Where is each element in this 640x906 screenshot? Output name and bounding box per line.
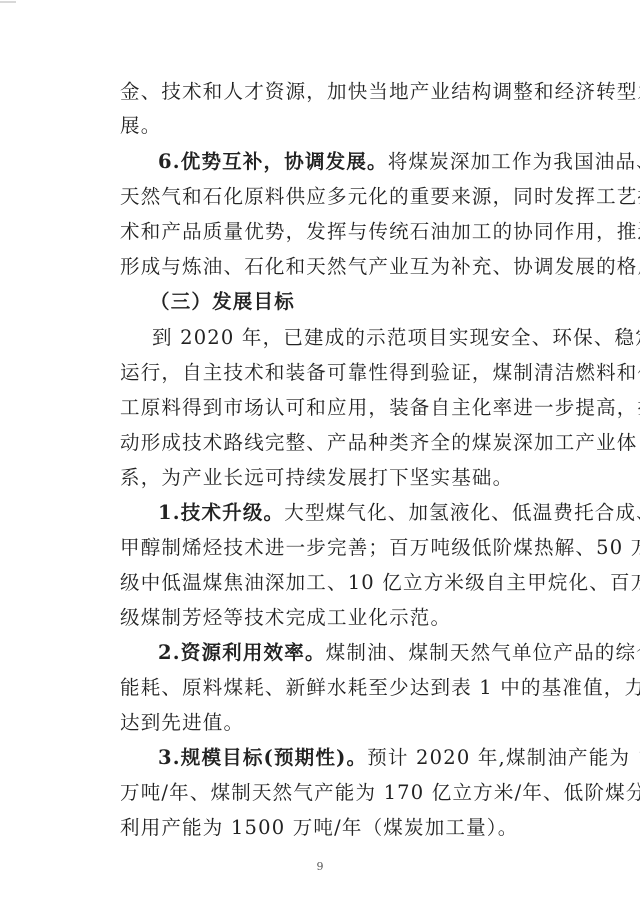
paragraph-line: 运行，自主技术和装备可靠性得到验证，煤制清洁燃料和化: [120, 361, 544, 385]
paragraph-line: 金、技术和人才资源，加快当地产业结构调整和经济转型发: [120, 80, 544, 104]
paragraph-line: 能耗、原料煤耗、新鲜水耗至少达到表 1 中的基准值，力争: [120, 676, 544, 700]
paragraph-line: 级煤制芳烃等技术完成工业化示范。: [120, 606, 544, 630]
paragraph-first-line: 3.规模目标(预期性)。预计 2020 年,煤制油产能为 1300: [158, 746, 544, 770]
paragraph-line: 术和产品质量优势，发挥与传统石油加工的协同作用，推进: [120, 220, 544, 244]
page-number: 9: [0, 860, 640, 873]
paragraph-line: 系，为产业长远可持续发展打下坚实基础。: [120, 466, 544, 490]
paragraph-first-line: 6.优势互补，协调发展。将煤炭深加工作为我国油品、: [158, 150, 544, 174]
document-page: 金、技术和人才资源，加快当地产业结构调整和经济转型发 展。 6.优势互补，协调发…: [0, 0, 640, 906]
item-heading: 1.技术升级。: [158, 501, 284, 524]
paragraph-line: 动形成技术路线完整、产品种类齐全的煤炭深加工产业体: [120, 431, 544, 455]
item-text: 大型煤气化、加氢液化、低温费托合成、: [284, 501, 640, 524]
item-text: 煤制油、煤制天然气单位产品的综合: [326, 641, 640, 664]
paragraph-line: 展。: [120, 114, 544, 138]
paragraph-first-line: 到 2020 年，已建成的示范项目实现安全、环保、稳定: [152, 326, 544, 350]
paragraph-line: 级中低温煤焦油深加工、10 亿立方米级自主甲烷化、百万吨: [120, 571, 544, 595]
item-heading: 3.规模目标(预期性)。: [158, 746, 367, 769]
paragraph-line: 万吨/年、煤制天然气产能为 170 亿立方米/年、低阶煤分质: [120, 781, 544, 805]
paragraph-line: 利用产能为 1500 万吨/年（煤炭加工量）。: [120, 816, 544, 840]
paragraph-line: 工原料得到市场认可和应用，装备自主化率进一步提高，推: [120, 396, 544, 420]
item-text: 将煤炭深加工作为我国油品、: [388, 150, 640, 173]
item-text: 预计 2020 年,煤制油产能为 1300: [367, 746, 640, 769]
scan-artifact: [0, 1, 16, 3]
item-heading: 6.优势互补，协调发展。: [158, 150, 388, 173]
paragraph-first-line: 1.技术升级。大型煤气化、加氢液化、低温费托合成、: [158, 501, 544, 525]
paragraph-line: 甲醇制烯烃技术进一步完善；百万吨级低阶煤热解、50 万吨: [120, 536, 544, 560]
paragraph-line: 达到先进值。: [120, 711, 544, 735]
paragraph-line: 形成与炼油、石化和天然气产业互为补充、协调发展的格局。: [120, 255, 544, 279]
section-heading: （三）发展目标: [150, 290, 536, 314]
paragraph-line: 天然气和石化原料供应多元化的重要来源，同时发挥工艺技: [120, 185, 544, 209]
paragraph-first-line: 2.资源利用效率。煤制油、煤制天然气单位产品的综合: [158, 641, 544, 665]
item-heading: 2.资源利用效率。: [158, 641, 326, 664]
